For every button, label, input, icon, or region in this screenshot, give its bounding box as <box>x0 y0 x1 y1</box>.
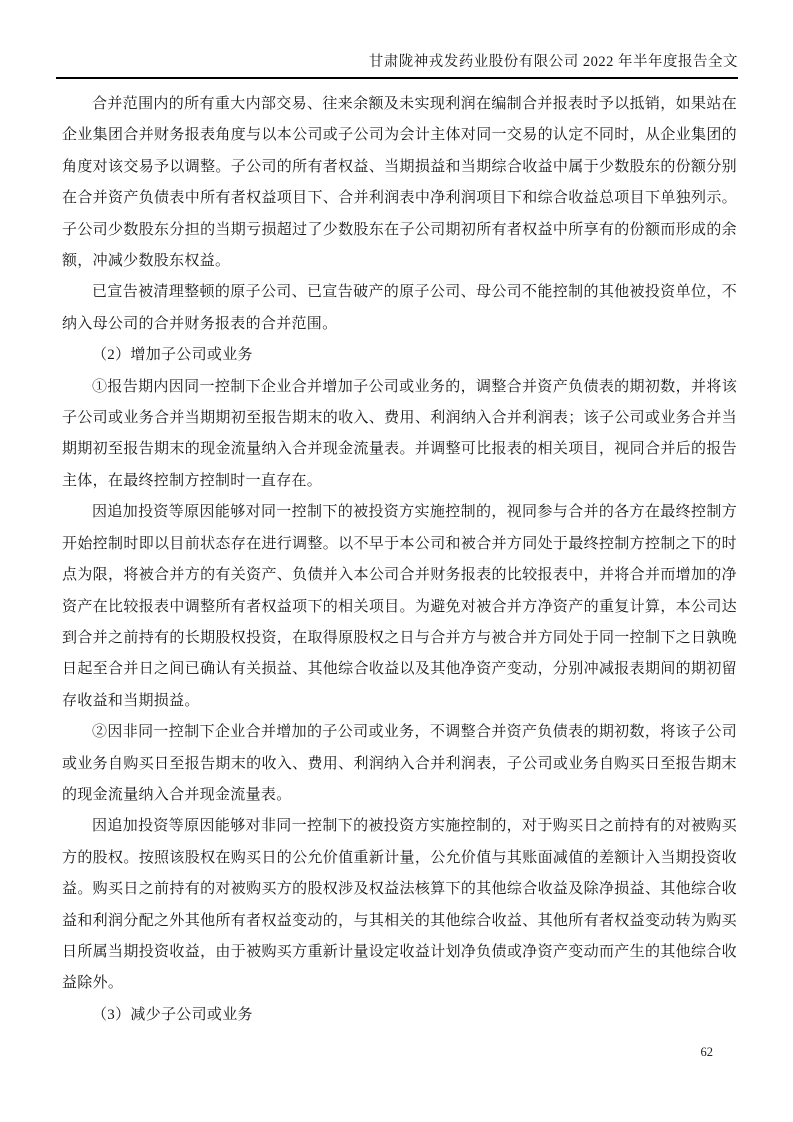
paragraph-additional-investment-non-same-control: 因追加投资等原因能够对非同一控制下的被投资方实施控制的，对于购买日之前持有的对被… <box>62 811 737 999</box>
heading-reduce-subsidiary: （3）减少子公司或业务 <box>62 1000 737 1031</box>
paragraph-additional-investment-same-control: 因追加投资等原因能够对同一控制下的被投资方实施控制的，视同参与合并的各方在最终控… <box>62 497 737 717</box>
page-header: 甘肃陇神戎发药业股份有限公司 2022 年半年度报告全文 <box>56 52 738 79</box>
page-number: 62 <box>701 1045 714 1059</box>
heading-add-subsidiary: （2）增加子公司或业务 <box>62 340 737 371</box>
report-title: 甘肃陇神戎发药业股份有限公司 2022 年半年度报告全文 <box>369 54 738 70</box>
page-body: 合并范围内的所有重大内部交易、往来余额及未实现利润在编制合并报表时予以抵销，如果… <box>62 89 737 1031</box>
paragraph-same-control-merger: ①报告期内因同一控制下企业合并增加子公司或业务的，调整合并资产负债表的期初数，并… <box>62 372 737 498</box>
page-footer: 62 <box>0 1045 713 1060</box>
report-page: 甘肃陇神戎发药业股份有限公司 2022 年半年度报告全文 合并范围内的所有重大内… <box>0 0 793 1122</box>
paragraph-excluded-subsidiaries: 已宣告被清理整顿的原子公司、已宣告破产的原子公司、母公司不能控制的其他被投资单位… <box>62 277 737 340</box>
paragraph-non-same-control-merger: ②因非同一控制下企业合并增加的子公司或业务，不调整合并资产负债表的期初数，将该子… <box>62 717 737 811</box>
paragraph-consolidation-elimination: 合并范围内的所有重大内部交易、往来余额及未实现利润在编制合并报表时予以抵销，如果… <box>62 89 737 277</box>
